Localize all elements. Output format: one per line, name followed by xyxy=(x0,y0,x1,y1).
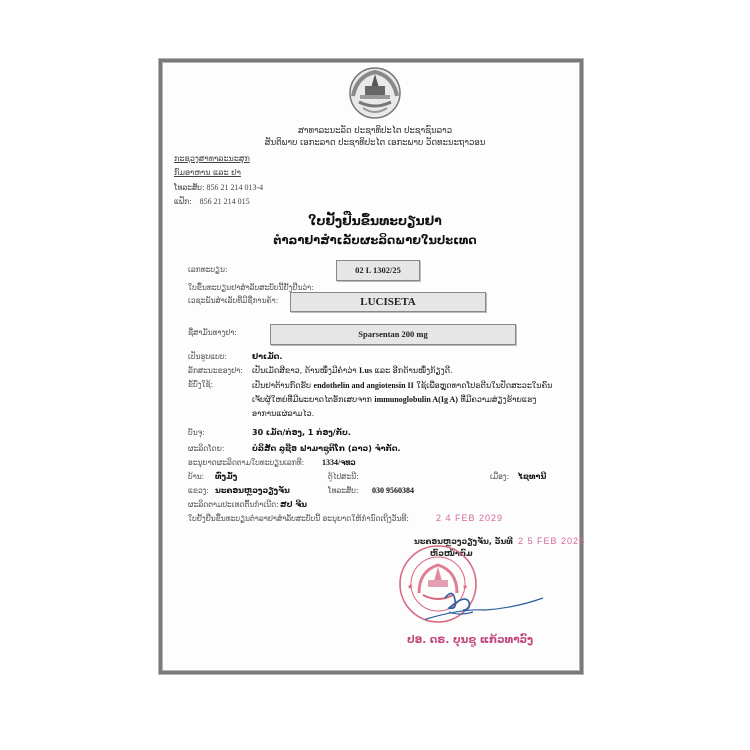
pobox-label: ຕູ້ໄປສະນີ: xyxy=(328,472,359,481)
indication-english: immunoglobulin A(Ig A) xyxy=(374,395,458,404)
phone-label: ໂທລະສັບ: xyxy=(174,183,204,192)
indication-text: ເຈັບຜູ້ໃຫຍ່ທີ່ມີພະຍາດໄຕອັກເສບຈາກ xyxy=(252,395,372,404)
tablet-mark: Lus xyxy=(359,366,372,375)
signature-icon xyxy=(425,580,545,630)
district-value: ໄຊທານີ xyxy=(518,472,546,481)
manufacturer-label: ຜະລິດໂດຍ: xyxy=(188,444,224,453)
registration-number-label: ເລກທະບຽນ: xyxy=(188,265,228,274)
indication-line-1: ເປັນຢາຕ້ານກົດຮັບ endothelin and angioten… xyxy=(252,381,552,390)
description-label: ລັກສະນະຂອງຢາ: xyxy=(188,366,243,375)
issuer-fax: ແຟັກ: 856 21 214 015 xyxy=(174,197,250,206)
signatory-name: ປອ. ດຣ. ບຸນຊູ ແກ້ວທາວົງ xyxy=(407,634,533,646)
trade-name-label: ເວຊະພັນສໍາເລັບທີ່ມີຊື່ການຄ້າ: xyxy=(188,296,278,305)
district-label: ເມືອງ: xyxy=(490,472,509,481)
national-motto: ສັນຕິພາບ ເອກະລາດ ປະຊາທິປະໄຕ ເອກະພາບ ວັດທ… xyxy=(0,138,750,148)
indication-text: ທີ່ມີຄວາມສ່ຽງຮ້າຍແຮງ xyxy=(460,395,536,404)
description-prefix: ເປັນເມັດສີຂາວ, ດ້ານໜຶ່ງມີຄໍາວ່າ xyxy=(252,366,357,375)
certify-label: ໃບຂຶ້ນທະບຽນຢາສໍາລັບສະບັບນີ້ຢັ້ງຢືນວ່າ: xyxy=(188,283,314,292)
country-name: ສາທາລະນະລັດ ປະຊາທິປະໄຕ ປະຊາຊົນລາວ xyxy=(0,126,750,136)
ministry-name: ກະຊວງສາທາລະນະສຸກ xyxy=(174,154,250,163)
indication-text: ໃຊ້ເພື່ອຫຼຸດທາດໂປຣຕີນໃນປັດສະວະໃນຄົນ xyxy=(416,381,552,390)
generic-name: Sparsentan 200 mg xyxy=(270,324,516,345)
indication-text: ເປັນຢາຕ້ານກົດຮັບ xyxy=(252,381,311,390)
tel-label: ໂທລະສັບ: xyxy=(328,486,358,495)
province-value: ນະຄອນຫຼວງວຽງຈັນ xyxy=(215,486,290,495)
document-subtitle: ຕໍາລາຢາສໍາເລັບຜະລິດພາຍໃນປະເທດ xyxy=(0,233,750,247)
lao-emblem-icon xyxy=(347,66,403,120)
origin-label: ຜະລິດຕາມປະເທດຕົ້ນກໍາເນີດ: xyxy=(188,500,279,509)
indication-line-2: ເຈັບຜູ້ໃຫຍ່ທີ່ມີພະຍາດໄຕອັກເສບຈາກ immunog… xyxy=(252,395,536,404)
description-suffix: ແລະ ອີກດ້ານໜຶ່ງກ້ຽງດີ. xyxy=(375,366,453,375)
tel-value: 030 9560384 xyxy=(372,486,414,495)
village-label: ບ້ານ: xyxy=(188,472,204,481)
packaging-label: ບັນຈຸ: xyxy=(188,428,205,437)
manufacturer-value: ບໍລິສັດ ລູຊ໊ອ ຟາມາຊູຕິໂກ (ລາວ) ຈໍາກັດ. xyxy=(252,444,401,453)
description-value: ເປັນເມັດສີຂາວ, ດ້ານໜຶ່ງມີຄໍາວ່າ Lus ແລະ … xyxy=(252,366,453,375)
issuer-phone: ໂທລະສັບ: 856 21 214 013-4 xyxy=(174,183,263,192)
fax-value: 856 21 214 015 xyxy=(200,197,250,206)
trade-name: LUCISETA xyxy=(290,292,486,312)
indication-line-3: ອາການແຜ່ລາມໄວ. xyxy=(252,409,314,418)
generic-name-label: ຊື່ສາມັນທາງຢາ: xyxy=(188,328,237,337)
registration-number: 02 L 1302/25 xyxy=(336,260,420,281)
packaging-value: 30 ເມັດ/ກ່ອງ, 1 ກ່ອງ/ກັບ. xyxy=(252,428,351,437)
svg-text:★: ★ xyxy=(407,583,413,591)
department-name: ກົມອາຫານ ແລະ ຢາ xyxy=(174,168,241,177)
license-value: 1334/ຈທວ xyxy=(322,458,356,467)
document-title: ໃບຢັ້ງຢືນຂຶ້ນທະບຽນຢາ xyxy=(0,213,750,228)
license-label: ອະນຸຍາດຜະລິດຕາມໃບທະບຽນເລກທີ: xyxy=(188,458,304,467)
validity-date-stamp: 2 4 FEB 2029 xyxy=(436,513,503,523)
indication-english: endothelin and angiotensin II xyxy=(314,381,414,390)
province-label: ແຂວງ: xyxy=(188,486,209,495)
origin-value: ສປ ຈີນ xyxy=(280,500,307,509)
indication-label: ຂໍ້ບົ່ງໃຊ້: xyxy=(188,380,213,389)
issue-date-stamp: 2 5 FEB 2025 xyxy=(518,536,585,546)
village-value: ທົ່ງມັ່ງ xyxy=(215,472,237,481)
phone-value: 856 21 214 013-4 xyxy=(206,183,263,192)
fax-label: ແຟັກ: xyxy=(174,197,192,206)
form-label: ເປັນຮູບແບບ: xyxy=(188,352,227,361)
validity-label: ໃບຢັ້ງຢືນຂຶ້ນທະບຽນຕໍາລາຢາສໍາລັບສະບັບນີ້ … xyxy=(188,514,409,523)
form-value: ຢາເມັດ. xyxy=(252,352,282,361)
